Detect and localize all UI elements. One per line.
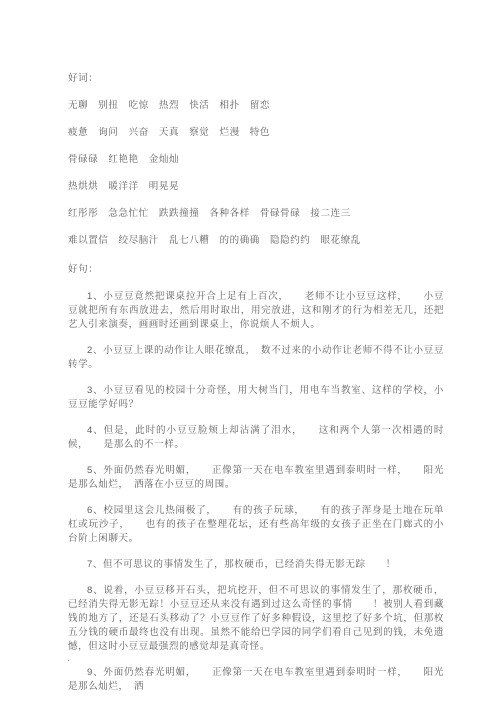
word-line: 热烘烘 暖洋洋 明晃晃 [68, 180, 444, 193]
sentence-4: 4、但是，此时的小豆豆脸颊上却沾满了泪水， 这和两个人第一次相遇的时候， 是那么… [68, 424, 444, 452]
word-line: 红彤彤 急急忙忙 跌跌撞撞 各种各样 骨碌骨碌 接二连三 [68, 207, 444, 220]
good-words-heading: 好词： [68, 72, 444, 85]
document-page: 好词： 无聊 别扭 吃惊 热烈 快活 相扑 留恋 疲惫 询问 兴奋 天真 察觉 … [0, 0, 500, 708]
sentence-3: 3、小豆豆看见的校园十分奇怪，用大树当门，用电车当教室、这样的学校，小豆豆能学好… [68, 384, 444, 412]
sentence-6: 6、校园里这会儿热闹极了， 有的孩子玩球， 有的孩子浑身是土地在玩单杠或玩沙子，… [68, 504, 444, 546]
document-content: 好词： 无聊 别扭 吃惊 热烈 快活 相扑 留恋 疲惫 询问 兴奋 天真 察觉 … [68, 72, 444, 706]
sentence-8: 8、说着，小豆豆移开石头，把坑挖开，但不可思议的事情发生了，那枚硬币，已经消失得… [68, 584, 444, 654]
good-sentences-list: 1、小豆豆竟然把课桌拉开合上足有上百次， 老师不让小豆豆这样， 小豆豆就把所有东… [68, 290, 444, 694]
sentence-1: 1、小豆豆竟然把课桌拉开合上足有上百次， 老师不让小豆豆这样， 小豆豆就把所有东… [68, 290, 444, 332]
good-words-list: 无聊 别扭 吃惊 热烈 快活 相扑 留恋 疲惫 询问 兴奋 天真 察觉 烂漫 特… [68, 99, 444, 247]
word-line: 骨碌碌 红艳艳 金灿灿 [68, 153, 444, 166]
good-sentences-heading: 好句： [68, 263, 444, 276]
word-line: 难以置信 绞尽脑汁 乱七八糟 的的确确 隐隐约约 眼花缭乱 [68, 234, 444, 247]
word-line: 无聊 别扭 吃惊 热烈 快活 相扑 留恋 [68, 99, 444, 112]
sentence-7: 7、但不可思议的事情发生了，那枚硬币，已经消失得无影无踪 ！ [68, 558, 444, 572]
sentence-9: 9、外面仍然春光明媚， 正像第一天在电车教室里遇到泰明时一样， 阳光是那么灿烂，… [68, 666, 444, 694]
stray-page-mark: · [67, 655, 70, 665]
sentence-5: 5、外面仍然春光明媚， 正像第一天在电车教室里遇到泰明时一样， 阳光是那么灿烂，… [68, 464, 444, 492]
word-line: 疲惫 询问 兴奋 天真 察觉 烂漫 特色 [68, 126, 444, 139]
sentence-2: 2、小豆豆上课的动作让人眼花缭乱， 数不过来的小动作让老师不得不让小豆豆转学。 [68, 344, 444, 372]
